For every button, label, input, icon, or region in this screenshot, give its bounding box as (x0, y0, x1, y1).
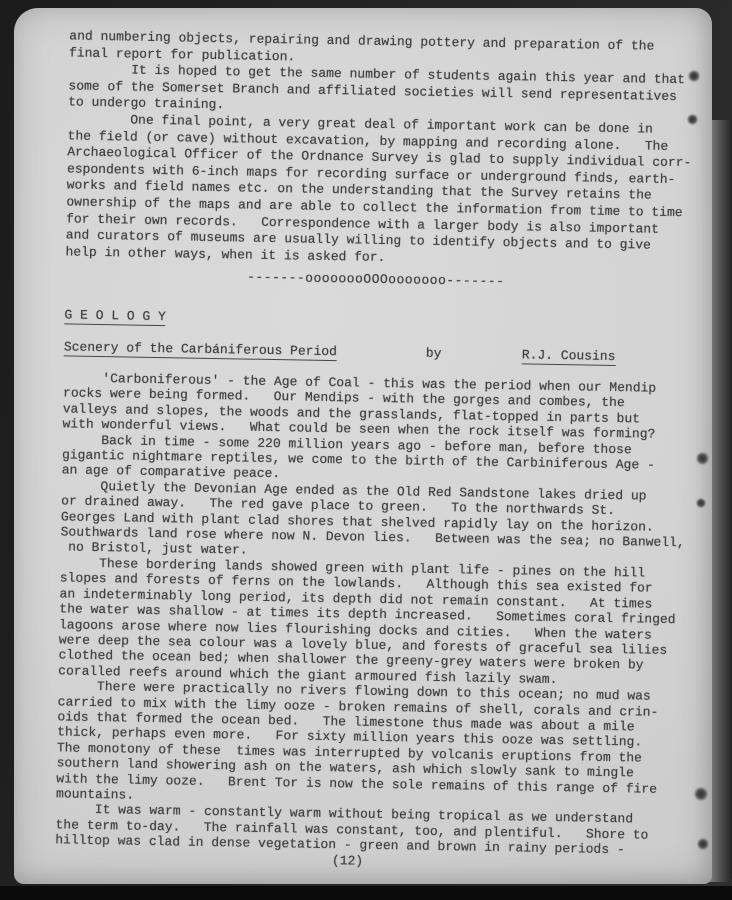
binder-speck (696, 452, 709, 465)
scan-bottom-bar (0, 886, 732, 900)
typewritten-text-column: and numbering objects, repairing and dra… (54, 0, 710, 900)
article-paragraph: Quietly the Devonian Age ended as the Ol… (60, 478, 701, 566)
section-heading: G E O L O G Y (64, 307, 704, 333)
byline-connector: by (426, 346, 442, 361)
article-body: 'Carboniferous' - the Age of Coal - this… (55, 370, 703, 859)
binder-speck (694, 787, 708, 801)
article-author: R.J. Cousins (522, 347, 616, 366)
article-paragraph: There were practically no rivers flowing… (56, 678, 698, 812)
binder-speck (697, 838, 709, 850)
binder-speck (687, 114, 698, 125)
article-paragraph: 'Carboniferous' - the Age of Coal - this… (62, 370, 703, 443)
article-title-line: Scenery of the Carbániferous Period by R… (64, 339, 704, 370)
intro-section: and numbering objects, repairing and dra… (65, 28, 709, 271)
section-heading-text: G E O L O G Y (64, 307, 166, 326)
article-paragraph: These bordering lands showed green with … (58, 555, 700, 689)
intro-paragraph: One final point, a very great deal of im… (65, 111, 708, 271)
scan-backdrop: and numbering objects, repairing and dra… (0, 0, 732, 900)
section-divider: -------oooooooOOOooooooo------- (247, 270, 505, 289)
page-number: (12) (332, 853, 363, 869)
binder-speck (696, 498, 706, 508)
binder-speck (688, 70, 700, 82)
article-paragraph: It was warm - constantly warm without be… (55, 802, 696, 859)
article-title: Scenery of the Carbániferous Period (64, 339, 337, 361)
